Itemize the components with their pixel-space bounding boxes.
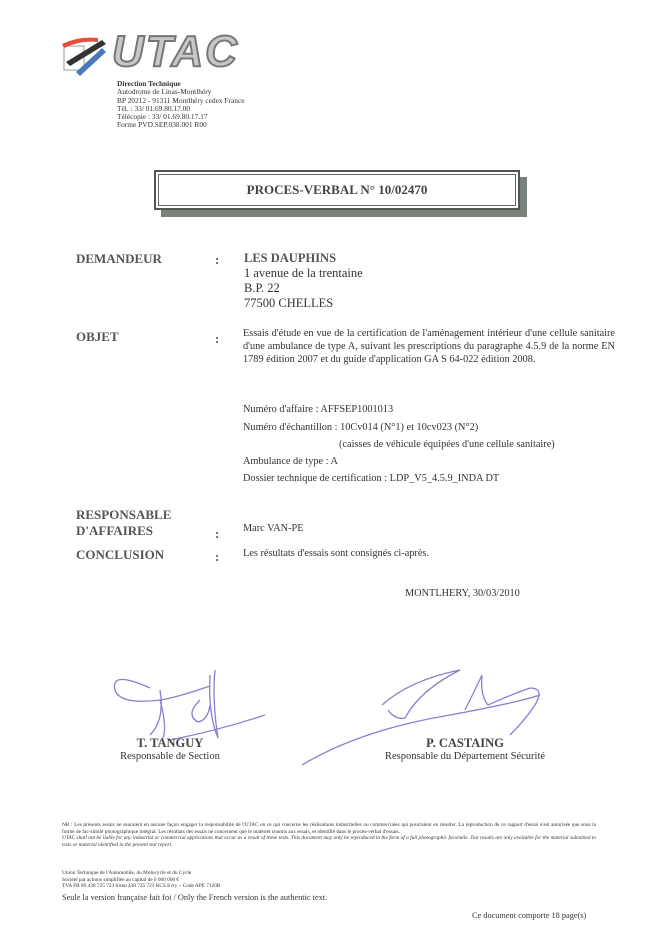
version-note: Seule la version française fait foi / On… — [62, 893, 327, 902]
responsable-label-line: D'AFFAIRES — [76, 523, 171, 539]
objet-colon: : — [215, 331, 219, 347]
demandeur-address-line: B.P. 22 — [244, 281, 363, 296]
utac-logo-emblem-icon — [58, 28, 114, 80]
ambulance-type: Ambulance de type : A — [243, 455, 338, 468]
signature-block-castaing: P. CASTAING Responsable du Département S… — [370, 736, 560, 762]
dossier-technique: Dossier technique de certification : LDP… — [243, 472, 499, 485]
company-line: TVA FR 89 438 725 723 Siren 438 725 723 … — [62, 883, 220, 890]
utac-logo: UTAC — [58, 28, 258, 80]
numero-echantillon: Numéro d'échantillon : 10Cv014 (N°1) et … — [243, 421, 478, 434]
responsable-label: RESPONSABLE D'AFFAIRES — [76, 507, 171, 539]
objet-label: OBJET — [76, 329, 119, 345]
responsable-label-line: RESPONSABLE — [76, 507, 171, 523]
numero-affaire: Numéro d'affaire : AFFSEP1001013 — [243, 403, 393, 416]
company-line: Société par actions simplifiée au capita… — [62, 877, 220, 884]
disclaimer: NB : Les présents essais ne sauraient en… — [62, 822, 596, 848]
echantillon-note: (caisses de véhicule équipées d'une cell… — [339, 438, 555, 451]
title-box: PROCES-VERBAL N° 10/02470 — [154, 170, 520, 210]
demandeur-label: DEMANDEUR — [76, 251, 162, 267]
sender-address: Direction Technique Autodrome de Linas-M… — [117, 80, 245, 130]
responsable-colon: : — [215, 526, 219, 542]
signatory-name: P. CASTAING — [370, 736, 560, 751]
disclaimer-fr: NB : Les présents essais ne sauraient en… — [62, 822, 596, 835]
demandeur-address-line: 1 avenue de la trentaine — [244, 266, 363, 281]
responsable-value: Marc VAN-PE — [243, 522, 304, 535]
demandeur-value: LES DAUPHINS 1 avenue de la trentaine B.… — [244, 251, 363, 311]
disclaimer-en: UTAC shall not be liable for any industr… — [62, 835, 596, 848]
signatory-role: Responsable de Section — [95, 751, 245, 762]
demandeur-name: LES DAUPHINS — [244, 251, 363, 266]
signatory-role: Responsable du Département Sécurité — [370, 751, 560, 762]
company-line: Union Technique de l'Automobile, du Moto… — [62, 870, 220, 877]
objet-description: Essais d'étude en vue de la certificatio… — [243, 327, 615, 366]
demandeur-colon: : — [215, 252, 219, 268]
signatory-name: T. TANGUY — [95, 736, 245, 751]
company-info: Union Technique de l'Automobile, du Moto… — [62, 870, 220, 890]
place-date: MONTLHERY, 30/03/2010 — [405, 587, 520, 600]
page-count: Ce document comporte 18 page(s) — [472, 911, 586, 920]
demandeur-address-line: 77500 CHELLES — [244, 296, 363, 311]
conclusion-label: CONCLUSION — [76, 547, 164, 563]
conclusion-value: Les résultats d'essais sont consignés ci… — [243, 547, 429, 560]
utac-logo-text: UTAC — [112, 30, 239, 74]
conclusion-colon: : — [215, 549, 219, 565]
page-title: PROCES-VERBAL N° 10/02470 — [156, 172, 518, 208]
signature-block-tanguy: T. TANGUY Responsable de Section — [95, 736, 245, 762]
address-line: Forme PVD.SEP.038.001 R00 — [117, 121, 245, 129]
